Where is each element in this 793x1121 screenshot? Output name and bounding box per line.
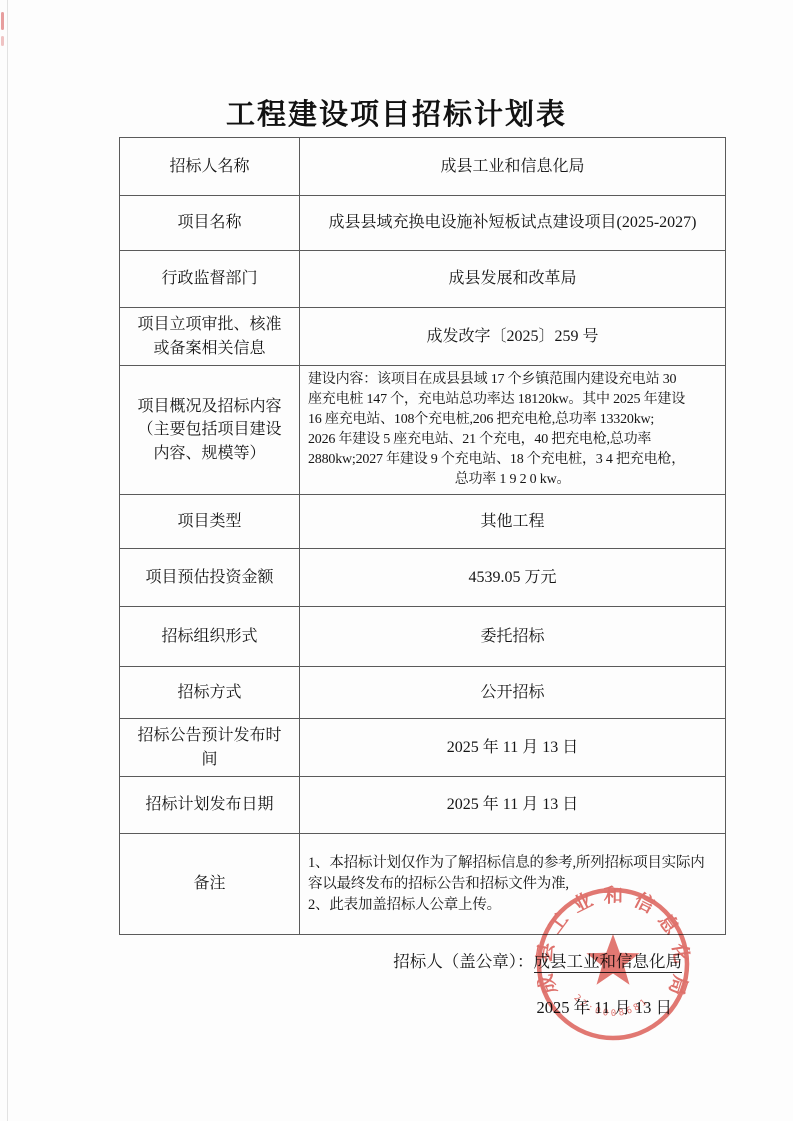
remark-item: 1、本招标计划仅作为了解招标信息的参考,所列招标项目实际内容以最终发布的招标公告…	[308, 853, 717, 895]
row-value: 成县发展和改革局	[300, 251, 726, 308]
row-label: 招标计划发布日期	[120, 777, 300, 834]
row-value: 1、本招标计划仅作为了解招标信息的参考,所列招标项目实际内容以最终发布的招标公告…	[300, 834, 726, 935]
row-value: 2025 年 11 月 13 日	[300, 719, 726, 777]
overview-line: 2026 年建设 5 座充电站、21 个充电，40 把充电枪,总功率	[308, 430, 717, 450]
table-row-project-name: 项目名称 成县县域充换电设施补短板试点建设项目(2025-2027)	[120, 196, 726, 251]
signer-line: 招标人（盖公章）：成县工业和信息化局	[393, 948, 682, 972]
table-row-announcement-date: 招标公告预计发布时间 2025 年 11 月 13 日	[120, 719, 726, 777]
row-value: 建设内容：该项目在成县县域 17 个乡镇范围内建设充电站 30 座充电桩 147…	[300, 366, 726, 495]
row-label: 项目概况及招标内容（主要包括项目建设内容、规模等）	[120, 366, 300, 495]
row-value: 其他工程	[300, 495, 726, 549]
row-value: 4539.05 万元	[300, 549, 726, 607]
scan-artifact	[1, 36, 4, 46]
row-label: 备注	[120, 834, 300, 935]
scan-artifact	[1, 12, 4, 30]
table-row-bidder-name: 招标人名称 成县工业和信息化局	[120, 138, 726, 196]
row-label: 招标方式	[120, 667, 300, 719]
row-label: 招标公告预计发布时间	[120, 719, 300, 777]
table-row-supervising-department: 行政监督部门 成县发展和改革局	[120, 251, 726, 308]
table-row-project-type: 项目类型 其他工程	[120, 495, 726, 549]
row-value: 成发改字〔2025〕259 号	[300, 308, 726, 366]
row-label: 招标组织形式	[120, 607, 300, 667]
table-row-approval-info: 项目立项审批、核准或备案相关信息 成发改字〔2025〕259 号	[120, 308, 726, 366]
scan-edge-line	[7, 0, 8, 1121]
document-page: 工程建设项目招标计划表 招标人名称 成县工业和信息化局 项目名称 成县县域充换电…	[0, 0, 793, 1121]
table-row-remarks: 备注 1、本招标计划仅作为了解招标信息的参考,所列招标项目实际内容以最终发布的招…	[120, 834, 726, 935]
page-title: 工程建设项目招标计划表	[0, 92, 793, 133]
row-label: 项目立项审批、核准或备案相关信息	[120, 308, 300, 366]
row-value: 成县工业和信息化局	[300, 138, 726, 196]
overview-line: 总功率 1 9 2 0 kw。	[308, 470, 717, 490]
table-row-plan-publish-date: 招标计划发布日期 2025 年 11 月 13 日	[120, 777, 726, 834]
overview-line: 2880kw;2027 年建设 9 个充电站、18 个充电桩，3 4 把充电枪，	[308, 450, 717, 470]
row-label: 项目类型	[120, 495, 300, 549]
overview-line: 座充电桩 147 个，充电站总功率达 18120kw。其中 2025 年建设	[308, 390, 717, 410]
row-label: 招标人名称	[120, 138, 300, 196]
table-row-estimated-investment: 项目预估投资金额 4539.05 万元	[120, 549, 726, 607]
table-row-project-overview: 项目概况及招标内容（主要包括项目建设内容、规模等） 建设内容：该项目在成县县域 …	[120, 366, 726, 495]
row-label: 项目名称	[120, 196, 300, 251]
row-value: 2025 年 11 月 13 日	[300, 777, 726, 834]
overview-line: 16 座充电站、108个充电桩,206 把充电枪,总功率 13320kw;	[308, 410, 717, 430]
table-row-bidding-method: 招标方式 公开招标	[120, 667, 726, 719]
signature-date: 2025 年 11 月 13 日	[536, 994, 672, 1018]
row-label: 项目预估投资金额	[120, 549, 300, 607]
row-value: 公开招标	[300, 667, 726, 719]
row-value: 成县县域充换电设施补短板试点建设项目(2025-2027)	[300, 196, 726, 251]
signer-label: 招标人（盖公章）：	[393, 952, 533, 971]
signer-name: 成县工业和信息化局	[534, 952, 683, 973]
table-row-organization-form: 招标组织形式 委托招标	[120, 607, 726, 667]
bidding-plan-table: 招标人名称 成县工业和信息化局 项目名称 成县县域充换电设施补短板试点建设项目(…	[119, 137, 683, 935]
row-label: 行政监督部门	[120, 251, 300, 308]
overview-line: 建设内容：该项目在成县县域 17 个乡镇范围内建设充电站 30	[308, 370, 717, 390]
row-value: 委托招标	[300, 607, 726, 667]
remark-item: 2、此表加盖招标人公章上传。	[308, 895, 717, 916]
